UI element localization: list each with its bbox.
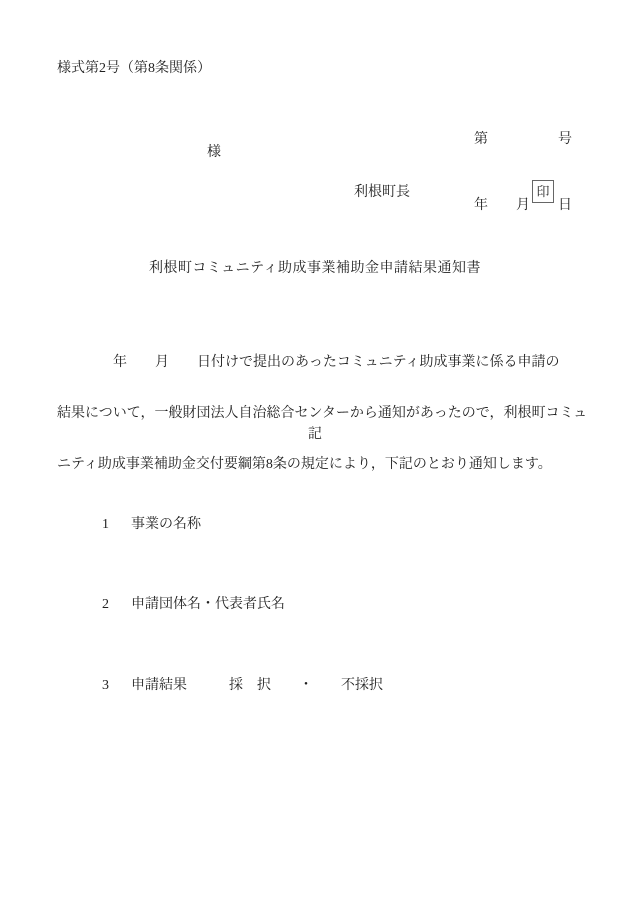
body-line-2: 結果について，一般財団法人自治総合センターから通知があったので，利根町コミュ xyxy=(57,402,577,425)
list-item-application-result: 3申請結果採 択 ・ 不採択 xyxy=(88,665,383,707)
sender-name: 利根町長 xyxy=(354,186,410,200)
doc-meta-block: 第 号 年 月 日 xyxy=(474,85,572,261)
document-title: 利根町コミュニティ助成事業補助金申請結果通知書 xyxy=(0,262,630,276)
item-label: 申請結果 xyxy=(131,678,187,693)
body-line-3: ニティ助成事業補助金交付要綱第8条の規定により，下記のとおり通知します。 xyxy=(57,453,577,476)
addressee-honorific: 様 xyxy=(207,146,221,160)
document-page: 様式第2号（第8条関係） 第 号 年 月 日 様 利根町長 印 利根町コミュニテ… xyxy=(0,0,630,903)
seal-placeholder-box: 印 xyxy=(532,180,554,203)
doc-number-line: 第 号 xyxy=(474,129,572,151)
doc-date-line: 年 月 日 xyxy=(474,195,572,217)
body-line-1: 年 月 日付けで提出のあったコミュニティ助成事業に係る申請の xyxy=(57,351,577,374)
seal-character: 印 xyxy=(536,185,549,198)
list-item-project-name: 1事業の名称 xyxy=(88,504,201,546)
form-number: 様式第2号（第8条関係） xyxy=(57,62,211,76)
item-label: 申請団体名・代表者氏名 xyxy=(131,597,285,612)
item-number: 2 xyxy=(102,597,109,612)
item-number: 3 xyxy=(102,678,109,693)
body-paragraph: 年 月 日付けで提出のあったコミュニティ助成事業に係る申請の 結果について，一般… xyxy=(57,323,577,504)
record-marker: 記 xyxy=(0,428,630,442)
item-number: 1 xyxy=(102,517,109,532)
item-result-options: 採 択 ・ 不採択 xyxy=(229,678,383,693)
item-label: 事業の名称 xyxy=(131,517,201,532)
list-item-applicant-name: 2申請団体名・代表者氏名 xyxy=(88,584,285,626)
